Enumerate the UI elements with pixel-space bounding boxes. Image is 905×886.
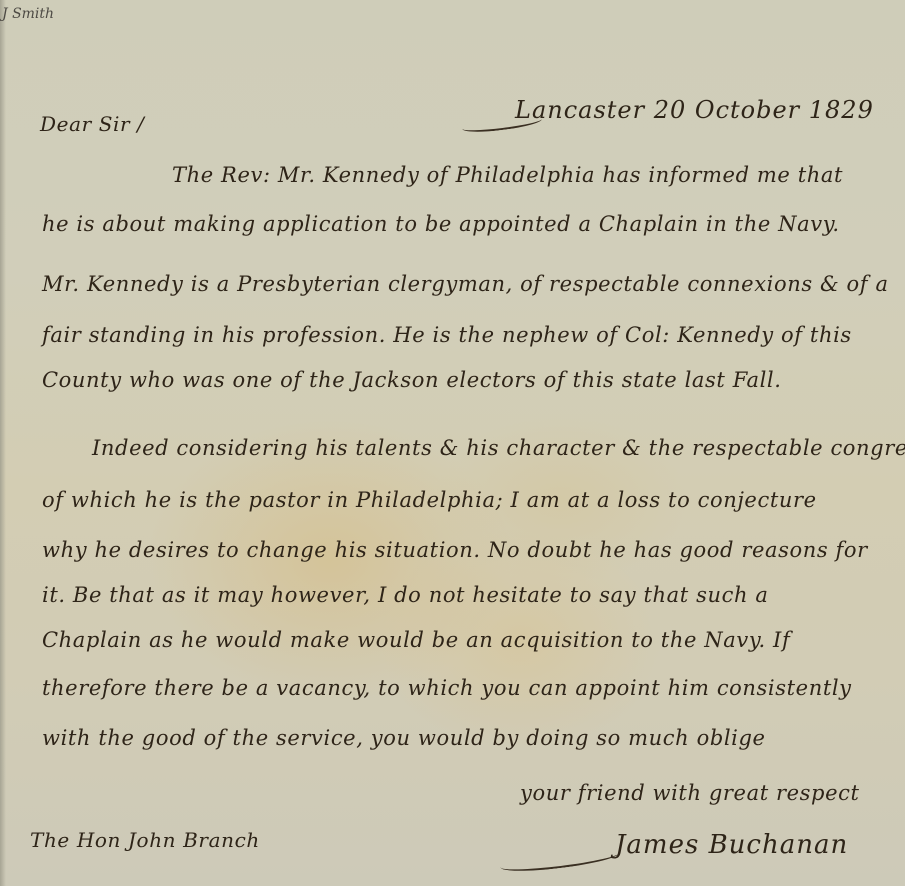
body-line-1: The Rev: Mr. Kennedy of Philadelphia has… bbox=[172, 165, 843, 186]
salutation: Dear Sir / bbox=[40, 114, 144, 134]
addressee: The Hon John Branch bbox=[30, 830, 260, 850]
body-line-2: he is about making application to be app… bbox=[42, 214, 840, 235]
place-and-date: Lancaster 20 October 1829 bbox=[515, 98, 874, 122]
page-edge-shadow bbox=[0, 0, 6, 886]
body-line-5: County who was one of the Jackson electo… bbox=[42, 370, 782, 391]
body-line-12: with the good of the service, you would … bbox=[42, 728, 766, 749]
body-line-8: why he desires to change his situation. … bbox=[42, 540, 868, 561]
body-line-11: therefore there be a vacancy, to which y… bbox=[42, 678, 852, 699]
signature: James Buchanan bbox=[615, 832, 848, 858]
body-line-3: Mr. Kennedy is a Presbyterian clergyman,… bbox=[42, 274, 889, 295]
body-line-10: Chaplain as he would make would be an ac… bbox=[42, 630, 790, 651]
closing: your friend with great respect bbox=[520, 783, 860, 804]
margin-annotation: J Smith bbox=[2, 6, 54, 22]
signature-flourish bbox=[499, 845, 620, 876]
body-line-4: fair standing in his profession. He is t… bbox=[42, 325, 852, 346]
letter-page: J Smith Dear Sir / Lancaster 20 October … bbox=[0, 0, 905, 886]
body-line-6: Indeed considering his talents & his cha… bbox=[92, 438, 905, 459]
body-line-7: of which he is the pastor in Philadelphi… bbox=[42, 490, 817, 511]
body-line-9: it. Be that as it may however, I do not … bbox=[42, 585, 769, 606]
